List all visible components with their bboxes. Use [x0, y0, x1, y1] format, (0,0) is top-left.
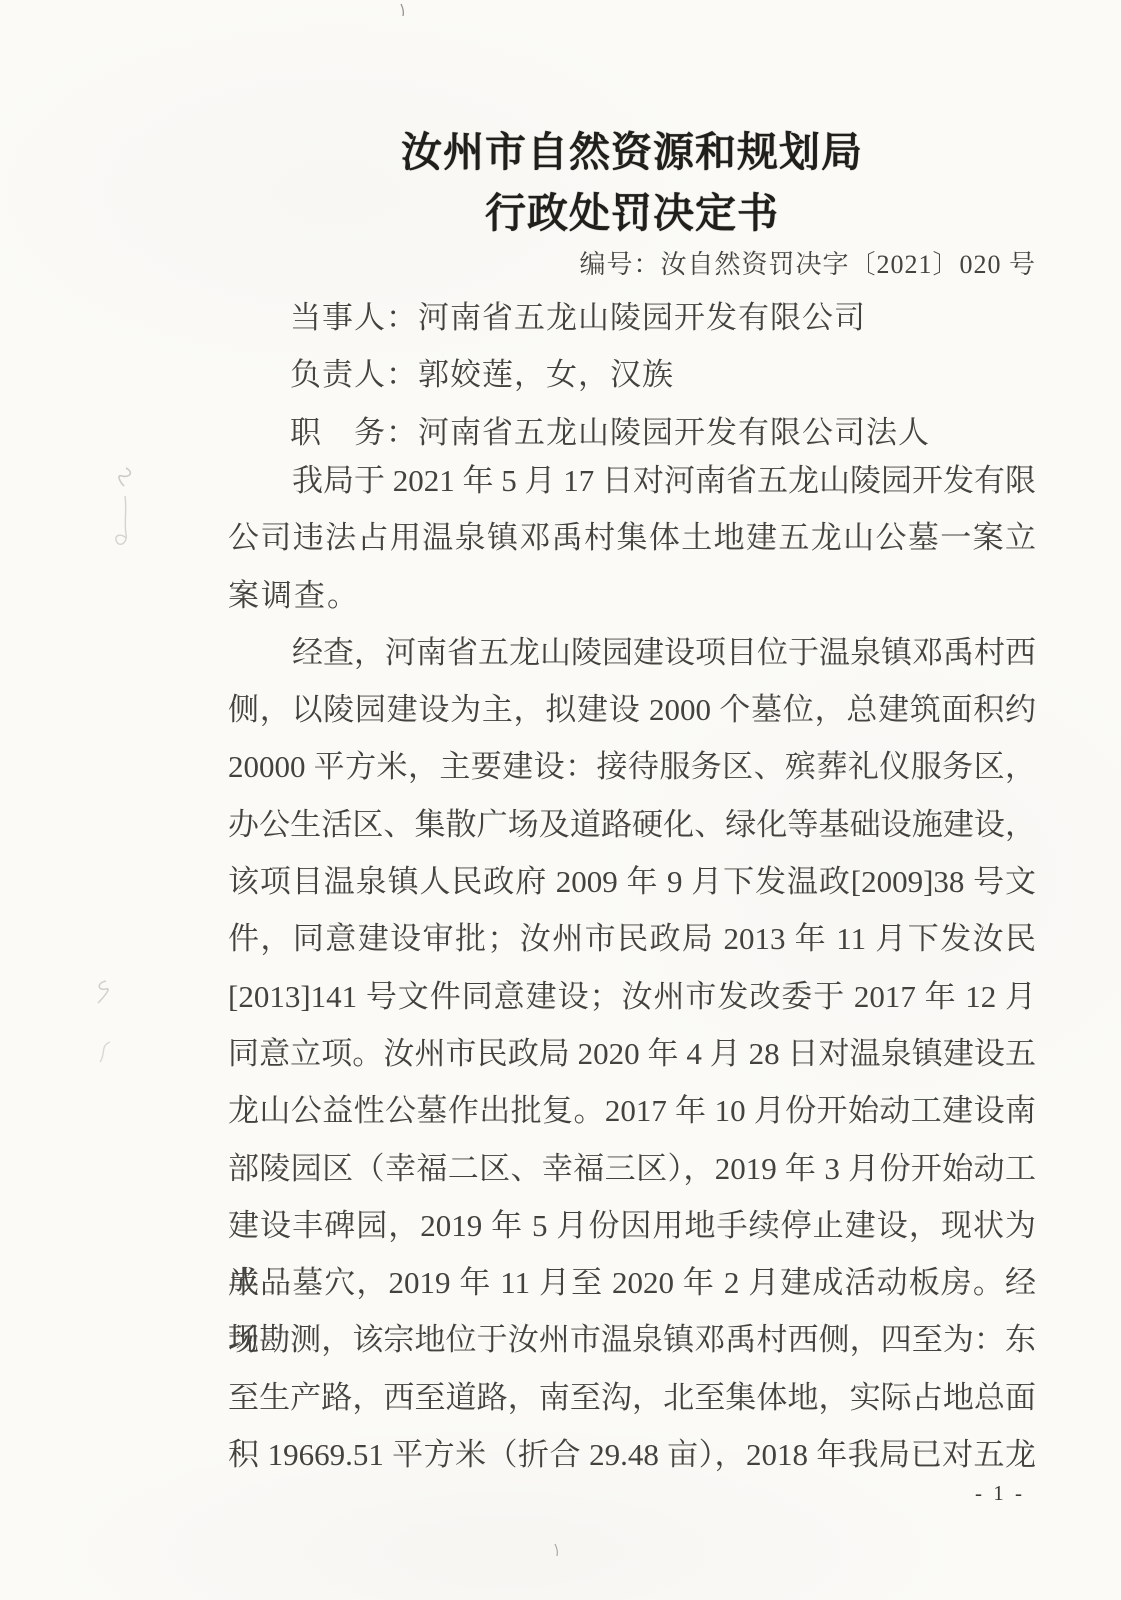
party-info-line: 当事人：河南省五龙山陵园开发有限公司: [228, 289, 1036, 346]
body-text-line: 该项目温泉镇人民政府 2009 年 9 月下发温政[2009]38 号文: [228, 853, 1036, 910]
body-text-line: 办公生活区、集散广场及道路硬化、绿化等基础设施建设，: [228, 796, 1036, 853]
body-text-line: 场勘测，该宗地位于汝州市温泉镇邓禹村西侧，四至为：东: [228, 1311, 1036, 1368]
body-text-line: 至生产路，西至道路，南至沟，北至集体地，实际占地总面: [228, 1369, 1036, 1426]
party-field-value: 河南省五龙山陵园开发有限公司: [418, 300, 866, 335]
document-title-line1: 汝州市自然资源和规划局: [228, 122, 1036, 183]
body-text-line: 侧，以陵园建设为主，拟建设 2000 个墓位，总建筑面积约: [228, 681, 1036, 738]
body-text-line: 建设丰碑园，2019 年 5 月份因用地手续停止建设，现状为半: [228, 1197, 1036, 1254]
body-text-line: 部陵园区（幸福二区、幸福三区），2019 年 3 月份开始动工: [228, 1140, 1036, 1197]
document-body: 我局于 2021 年 5 月 17 日对河南省五龙山陵园开发有限公司违法占用温泉…: [228, 452, 1036, 1483]
document-number-value: 汝自然资罚决字〔2021〕020 号: [660, 250, 1036, 279]
party-field-label: 职 务：: [290, 415, 418, 450]
document-number-line: 编号：汝自然资罚决字〔2021〕020 号: [228, 249, 1036, 281]
body-text-line: 件，同意建设审批；汝州市民政局 2013 年 11 月下发汝民: [228, 910, 1036, 967]
body-text-line: 成品墓穴，2019 年 11 月至 2020 年 2 月建成活动板房。经现: [228, 1254, 1036, 1311]
body-text-line: 积 19669.51 平方米（折合 29.48 亩），2018 年我局已对五龙: [228, 1426, 1036, 1483]
scan-smudge-artifact: [86, 975, 116, 1011]
party-info-line: 负责人：郭姣莲，女，汉族: [228, 346, 1036, 403]
body-text-line: 公司违法占用温泉镇邓禹村集体土地建五龙山公墓一案立: [228, 509, 1036, 566]
body-text-line: 同意立项。汝州市民政局 2020 年 4 月 28 日对温泉镇建设五: [228, 1025, 1036, 1082]
scan-speck-artifact: [552, 1542, 562, 1558]
page-number: - 1 -: [975, 1481, 1025, 1506]
body-text-line: 案调查。: [228, 567, 1036, 624]
scan-smudge-artifact: [104, 462, 144, 562]
scan-smudge-artifact: [92, 1038, 118, 1068]
party-info-block: 当事人：河南省五龙山陵园开发有限公司负责人：郭姣莲，女，汉族职 务：河南省五龙山…: [228, 289, 1036, 461]
scanned-document-page: 汝州市自然资源和规划局 行政处罚决定书 编号：汝自然资罚决字〔2021〕020 …: [0, 0, 1121, 1600]
party-field-value: 郭姣莲，女，汉族: [418, 357, 674, 392]
document-title: 汝州市自然资源和规划局 行政处罚决定书: [228, 122, 1036, 244]
document-number-label: 编号：: [579, 250, 660, 279]
body-text-line: 龙山公益性公墓作出批复。2017 年 10 月份开始动工建设南: [228, 1082, 1036, 1139]
party-field-label: 负责人：: [290, 357, 418, 392]
body-text-line: 我局于 2021 年 5 月 17 日对河南省五龙山陵园开发有限: [228, 452, 1036, 509]
body-text-line: [2013]141 号文件同意建设；汝州市发改委于 2017 年 12 月: [228, 968, 1036, 1025]
body-text-line: 20000 平方米，主要建设：接待服务区、殡葬礼仪服务区，: [228, 738, 1036, 795]
scan-speck-artifact: [398, 2, 408, 18]
document-title-line2: 行政处罚决定书: [228, 183, 1036, 244]
body-text-line: 经查，河南省五龙山陵园建设项目位于温泉镇邓禹村西: [228, 624, 1036, 681]
party-field-label: 当事人：: [290, 300, 418, 335]
party-field-value: 河南省五龙山陵园开发有限公司法人: [418, 415, 930, 450]
